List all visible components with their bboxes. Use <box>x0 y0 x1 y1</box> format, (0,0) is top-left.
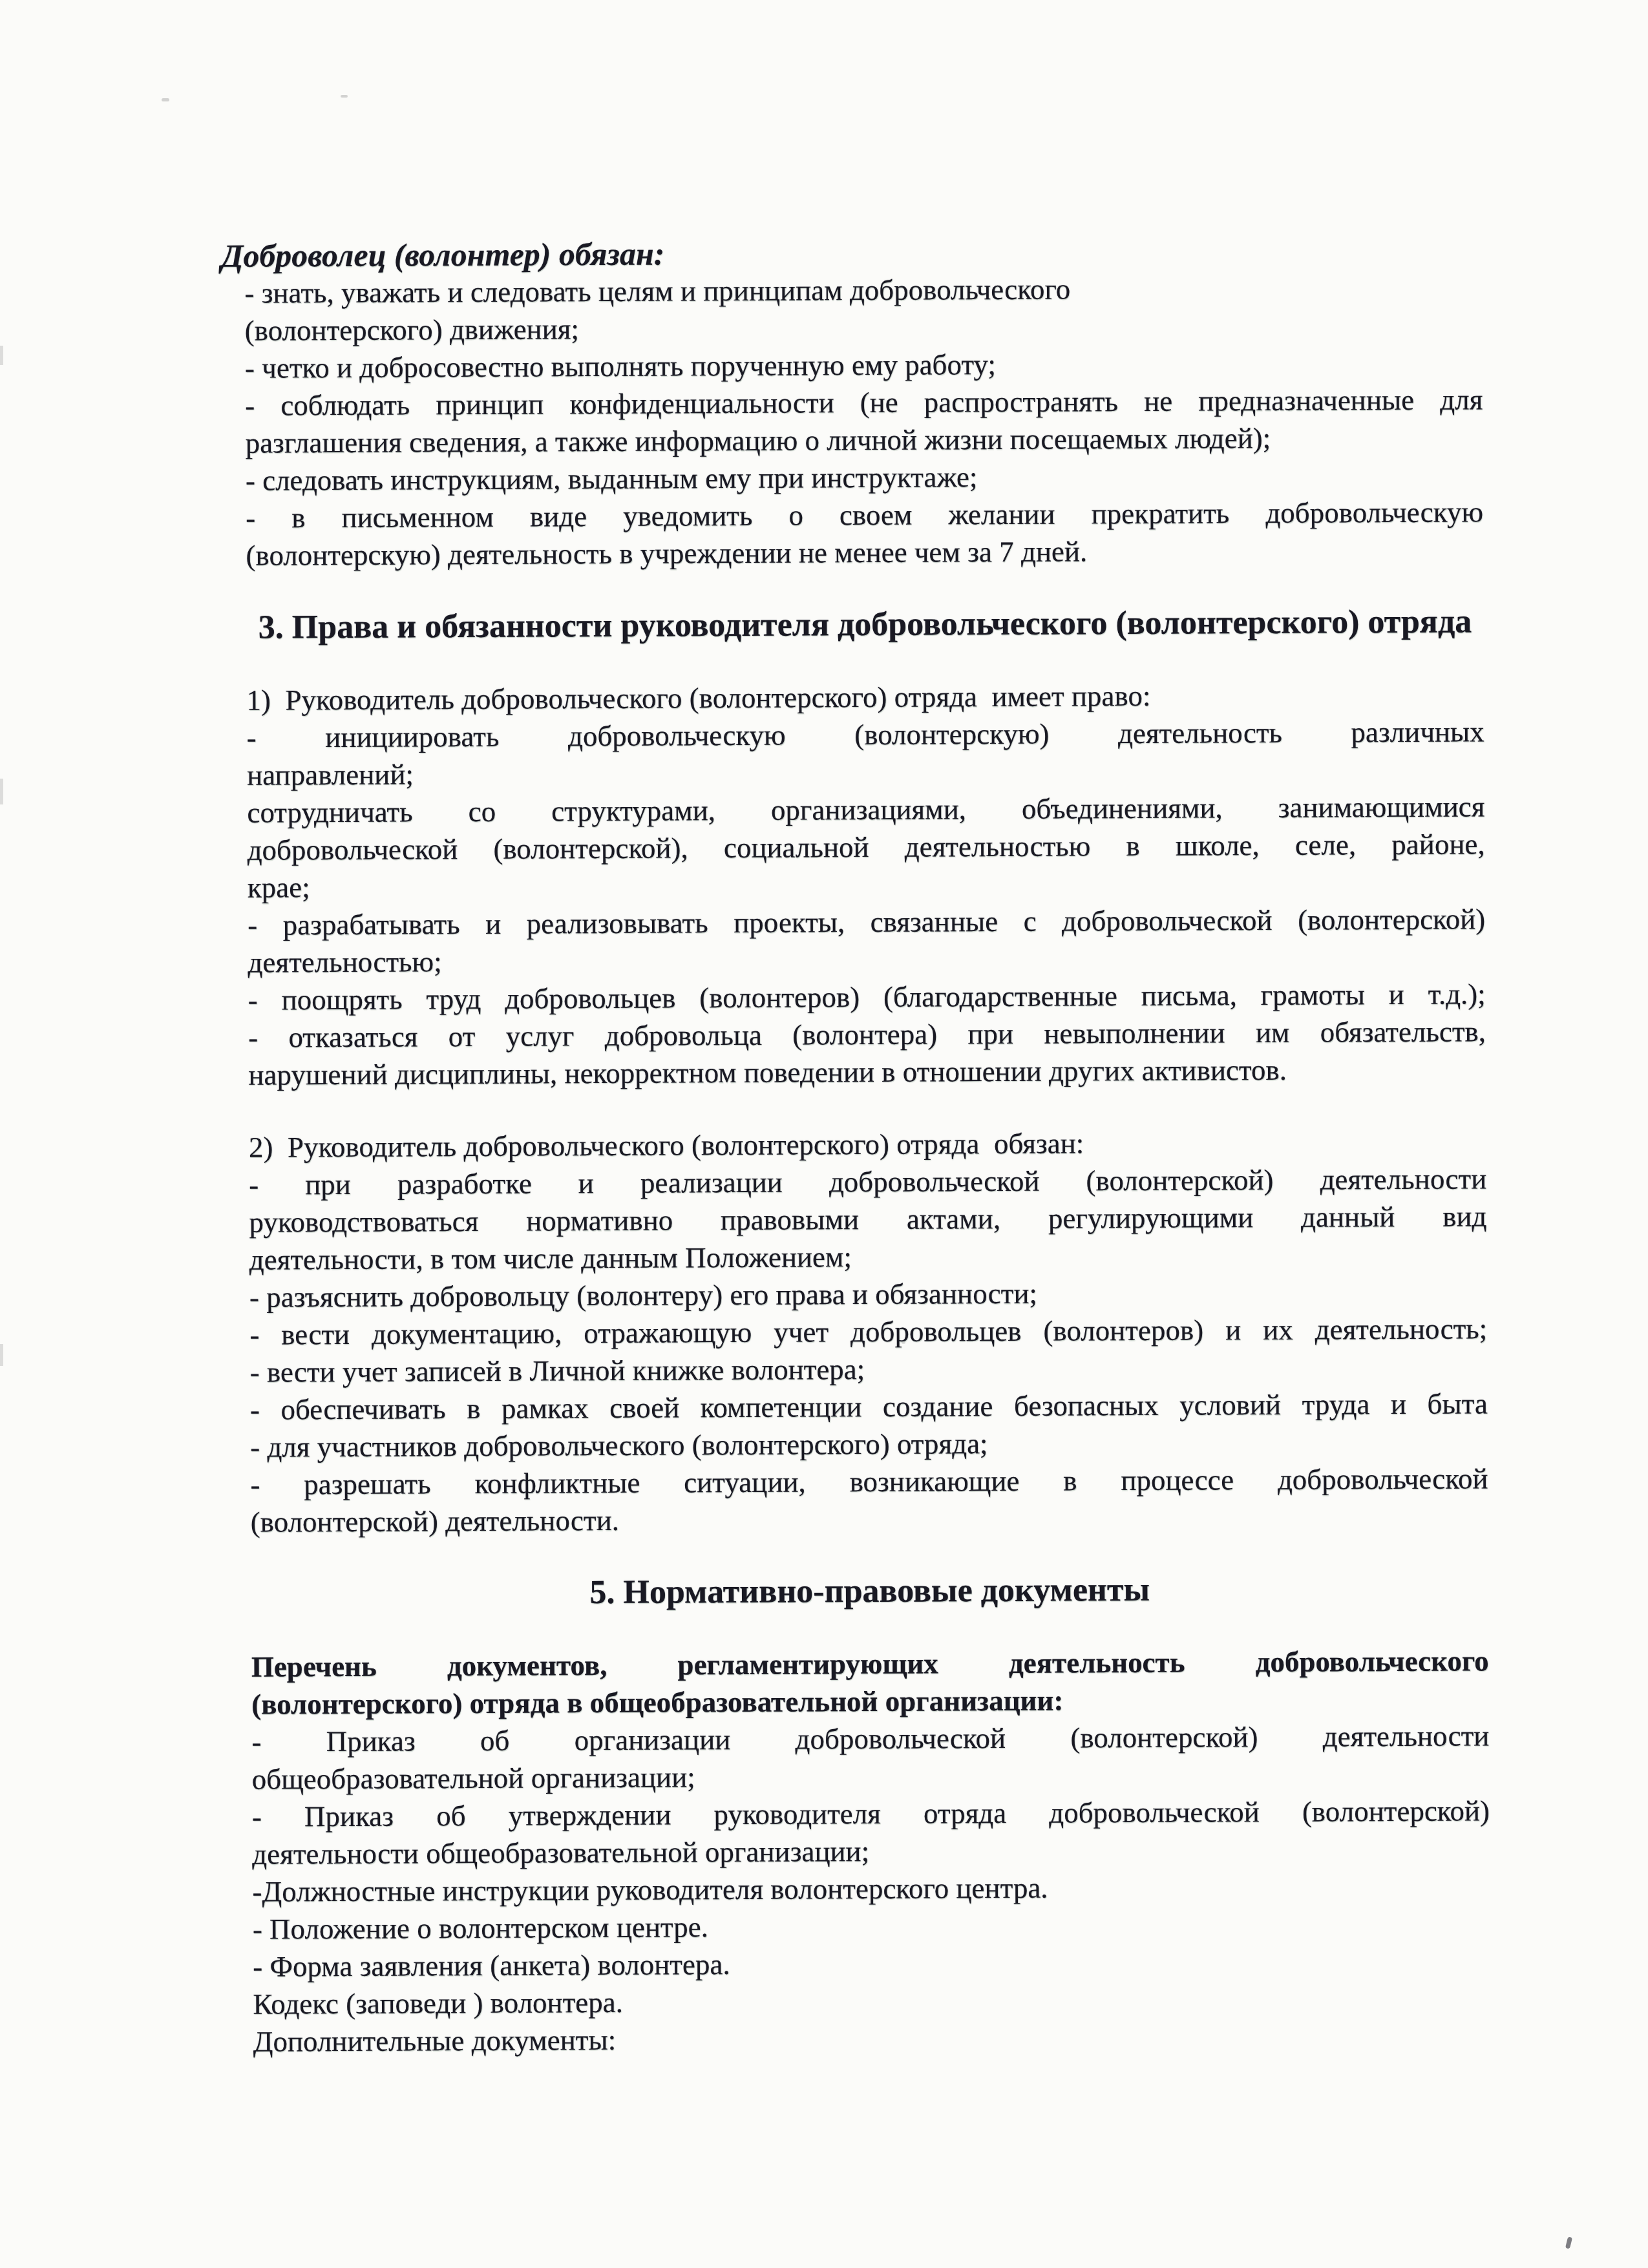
list-intro-line: (волонтерского) отряда в общеобразовател… <box>251 1679 1489 1723</box>
text-line: - Приказ об утверждении руководителя отр… <box>252 1792 1490 1835</box>
text-line: Кодекс (заповеди ) волонтера. <box>253 1979 1490 2022</box>
scan-edge-smudge <box>0 1344 3 1366</box>
text-line: деятельности, в том числе данным Положен… <box>249 1235 1487 1278</box>
text-line: - поощрять труд добровольцев (волонтеров… <box>248 975 1486 1018</box>
doc-heading-volunteer-duties: Доброволец (волонтер) обязан: <box>244 231 1482 274</box>
document-text-block: Доброволец (волонтер) обязан: - знать, у… <box>244 231 1491 2060</box>
text-line: - четко и добросовестно выполнять поруче… <box>245 343 1483 386</box>
scan-edge-smudge <box>0 779 3 804</box>
text-line: - соблюдать принцип конфиденциальности (… <box>245 381 1483 424</box>
text-line: - следовать инструкциям, выданным ему пр… <box>246 456 1483 499</box>
list-intro-line: 1) Руководитель добровольческого (волонт… <box>246 675 1484 719</box>
text-line: - знать, уважать и следовать целям и при… <box>244 268 1482 311</box>
text-line: - Форма заявления (анкета) волонтера. <box>253 1942 1490 1985</box>
text-line: - Положение о волонтерском центре. <box>253 1904 1490 1948</box>
document-page: Доброволец (волонтер) обязан: - знать, у… <box>0 0 1648 2268</box>
section-heading-3: 3. Права и обязанности руководителя добр… <box>246 603 1484 646</box>
text-line: (волонтерской) деятельности. <box>251 1497 1488 1540</box>
text-line: деятельности общеобразовательной организ… <box>252 1829 1490 1873</box>
text-line: - разрешать конфликтные ситуации, возник… <box>250 1460 1488 1503</box>
text-line: - вести документацию, отражающую учет до… <box>249 1310 1487 1353</box>
text-line: направлений; <box>247 750 1484 793</box>
scan-speck <box>162 98 169 101</box>
text-line: -Должностные инструкции руководителя вол… <box>252 1867 1490 1910</box>
scan-speck <box>902 1341 905 1344</box>
text-line: - для участников добровольческого (волон… <box>250 1422 1488 1465</box>
section-heading-5: 5. Нормативно-правовые документы <box>251 1570 1488 1613</box>
scan-speck <box>341 95 348 98</box>
list-intro-line: 2) Руководитель добровольческого (волонт… <box>249 1122 1486 1166</box>
text-line: Дополнительные документы: <box>253 2017 1491 2060</box>
text-line: общеобразовательной организации; <box>252 1754 1490 1798</box>
text-line: - при разработке и реализации добровольч… <box>249 1160 1486 1203</box>
scan-edge-smudge <box>0 346 3 365</box>
text-line: разглашения сведения, а также информацию… <box>245 418 1483 461</box>
text-line: - Приказ об организации добровольческой … <box>251 1717 1489 1760</box>
text-line: - обеспечивать в рамках своей компетенци… <box>250 1385 1488 1428</box>
list-intro-line: Перечень документов, регламентирующих де… <box>251 1642 1489 1685</box>
text-line: - отказаться от услуг добровольца (волон… <box>248 1013 1486 1056</box>
text-line: деятельностью; <box>248 938 1485 981</box>
text-line: нарушений дисциплины, некорректном повед… <box>248 1050 1486 1093</box>
text-line: добровольческой (волонтерской), социальн… <box>248 825 1485 868</box>
text-line: сотрудничать со структурами, организация… <box>247 788 1484 831</box>
text-line: руководствоваться нормативно правовыми а… <box>249 1197 1486 1241</box>
text-line: - в письменном виде уведомить о своем же… <box>246 493 1483 536</box>
text-line: - инициировать добровольческую (волонтер… <box>247 713 1484 756</box>
text-line: (волонтерскую) деятельность в учреждении… <box>246 530 1483 574</box>
text-line: - вести учет записей в Личной книжке вол… <box>249 1347 1487 1391</box>
text-line: - разъяснить добровольцу (волонтеру) его… <box>249 1272 1487 1316</box>
scan-corner-mark <box>1565 2236 1572 2249</box>
text-line: - разрабатывать и реализовывать проекты,… <box>248 900 1485 943</box>
text-line: крае; <box>248 863 1485 906</box>
text-line: (волонтерского) движения; <box>245 306 1483 349</box>
